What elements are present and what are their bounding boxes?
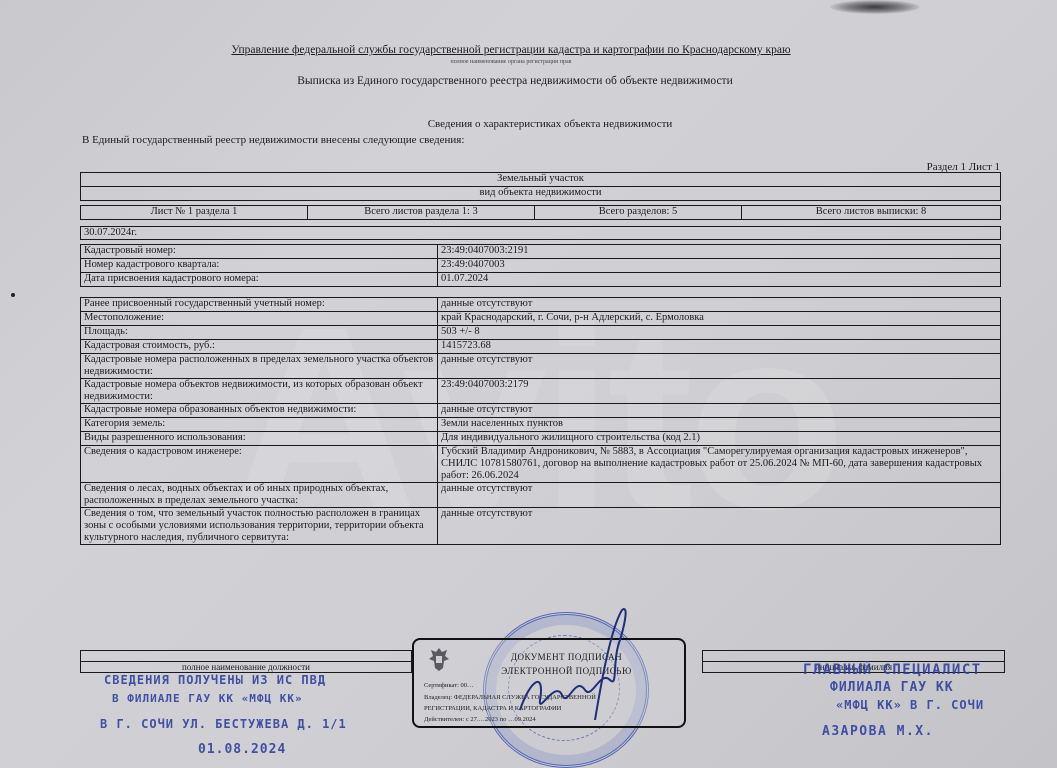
stamp-right-line1: ГЛАВНЫЙ СПЕЦИАЛИСТ xyxy=(803,662,982,678)
organization-caption: полное наименование органа регистрации п… xyxy=(206,59,816,65)
stamp-left-date: 01.08.2024 xyxy=(198,742,286,757)
field-label: Категория земель: xyxy=(81,418,438,432)
field-value: данные отсутствуют xyxy=(438,404,1001,418)
table-row: Кадастровая стоимость, руб.:1415723.68 xyxy=(81,340,1001,354)
table-row: Дата присвоения кадастрового номера:01.0… xyxy=(81,273,1001,287)
stamp-right-line2: ФИЛИАЛА ГАУ КК xyxy=(830,680,954,695)
table-row: Площадь:503 +/- 8 xyxy=(81,326,1001,340)
field-label: Виды разрешенного использования: xyxy=(81,432,438,446)
table-row: Кадастровые номера расположенных в преде… xyxy=(81,354,1001,379)
table-row: Ранее присвоенный государственный учетны… xyxy=(81,298,1001,312)
table-row: Категория земель:Земли населенных пункто… xyxy=(81,418,1001,432)
field-label: Сведения о том, что земельный участок по… xyxy=(81,508,438,545)
extract-date: 30.07.2024г. xyxy=(81,227,1001,240)
total-section-sheets: Всего листов раздела 1: 3 xyxy=(308,206,535,220)
field-label: Сведения о лесах, водных объектах и об и… xyxy=(81,483,438,508)
stamp-right-line3: «МФЦ КК» В Г. СОЧИ xyxy=(836,698,984,712)
field-label: Площадь: xyxy=(81,326,438,340)
sheets-table: Лист № 1 раздела 1 Всего листов раздела … xyxy=(80,205,1001,220)
handwritten-signature xyxy=(500,600,640,740)
total-sections: Всего разделов: 5 xyxy=(535,206,742,220)
field-value: 01.07.2024 xyxy=(438,273,1001,287)
table-row: Кадастровый номер:23:49:0407003:2191 xyxy=(81,245,1001,259)
table-row: Кадастровые номера объектов недвижимости… xyxy=(81,379,1001,404)
total-extract-sheets: Всего листов выписки: 8 xyxy=(742,206,1001,220)
intro-text: В Единый государственный реестр недвижим… xyxy=(82,134,464,146)
field-label: Кадастровые номера образованных объектов… xyxy=(81,404,438,418)
field-value: Губский Владимир Андроникович, № 5883, в… xyxy=(438,446,1001,483)
table-row: Сведения о том, что земельный участок по… xyxy=(81,508,1001,545)
position-caption: полное наименование должности xyxy=(81,662,412,673)
field-value: 1415723.68 xyxy=(438,340,1001,354)
field-label: Кадастровые номера объектов недвижимости… xyxy=(81,379,438,404)
stamp-right-name: АЗАРОВА М.Х. xyxy=(822,724,934,739)
speck xyxy=(11,293,15,297)
table-row: Виды разрешенного использования:Для инди… xyxy=(81,432,1001,446)
characteristics-table: Ранее присвоенный государственный учетны… xyxy=(80,297,1001,545)
field-value: данные отсутствуют xyxy=(438,483,1001,508)
field-label: Кадастровая стоимость, руб.: xyxy=(81,340,438,354)
field-value: 23:49:0407003:2179 xyxy=(438,379,1001,404)
object-type-caption: вид объекта недвижимости xyxy=(81,187,1001,201)
field-value: край Краснодарский, г. Сочи, р-н Адлерск… xyxy=(438,312,1001,326)
field-label: Ранее присвоенный государственный учетны… xyxy=(81,298,438,312)
field-value: 23:49:0407003:2191 xyxy=(438,245,1001,259)
field-value: Земли населенных пунктов xyxy=(438,418,1001,432)
table-row: Сведения о кадастровом инженере:Губский … xyxy=(81,446,1001,483)
object-type: Земельный участок xyxy=(81,173,1001,187)
ink-blot xyxy=(830,0,920,14)
eagle-emblem-icon xyxy=(428,646,450,672)
organization-name: Управление федеральной службы государств… xyxy=(206,44,816,56)
field-label: Сведения о кадастровом инженере: xyxy=(81,446,438,483)
field-label: Дата присвоения кадастрового номера: xyxy=(81,273,438,287)
field-label: Местоположение: xyxy=(81,312,438,326)
field-value: данные отсутствуют xyxy=(438,354,1001,379)
stamp-left-line2: В ФИЛИАЛЕ ГАУ КК «МФЦ КК» xyxy=(112,692,303,705)
field-value: данные отсутствуют xyxy=(438,508,1001,545)
stamp-left-line3: В Г. СОЧИ УЛ. БЕСТУЖЕВА Д. 1/1 xyxy=(100,717,347,731)
table-row: Номер кадастрового квартала:23:49:040700… xyxy=(81,259,1001,273)
field-label: Кадастровый номер: xyxy=(81,245,438,259)
cadastral-info-table: Кадастровый номер:23:49:0407003:2191Номе… xyxy=(80,244,1001,287)
sheet-number: Лист № 1 раздела 1 xyxy=(81,206,308,220)
stamp-left-line1: СВЕДЕНИЯ ПОЛУЧЕНЫ ИЗ ИС ПВД xyxy=(104,673,326,687)
object-type-table: Земельный участок вид объекта недвижимос… xyxy=(80,172,1001,201)
document-title: Выписка из Единого государственного реес… xyxy=(200,75,830,87)
field-value: данные отсутствуют xyxy=(438,298,1001,312)
table-row: Сведения о лесах, водных объектах и об и… xyxy=(81,483,1001,508)
table-row: Местоположение:край Краснодарский, г. Со… xyxy=(81,312,1001,326)
field-value: 23:49:0407003 xyxy=(438,259,1001,273)
esig-certificate: Сертификат: 00… xyxy=(424,682,474,689)
table-row: Кадастровые номера образованных объектов… xyxy=(81,404,1001,418)
field-label: Кадастровые номера расположенных в преде… xyxy=(81,354,438,379)
field-value: Для индивидуального жилищного строительс… xyxy=(438,432,1001,446)
section-title: Сведения о характеристиках объекта недви… xyxy=(330,118,770,130)
date-table: 30.07.2024г. xyxy=(80,226,1001,240)
field-label: Номер кадастрового квартала: xyxy=(81,259,438,273)
field-value: 503 +/- 8 xyxy=(438,326,1001,340)
